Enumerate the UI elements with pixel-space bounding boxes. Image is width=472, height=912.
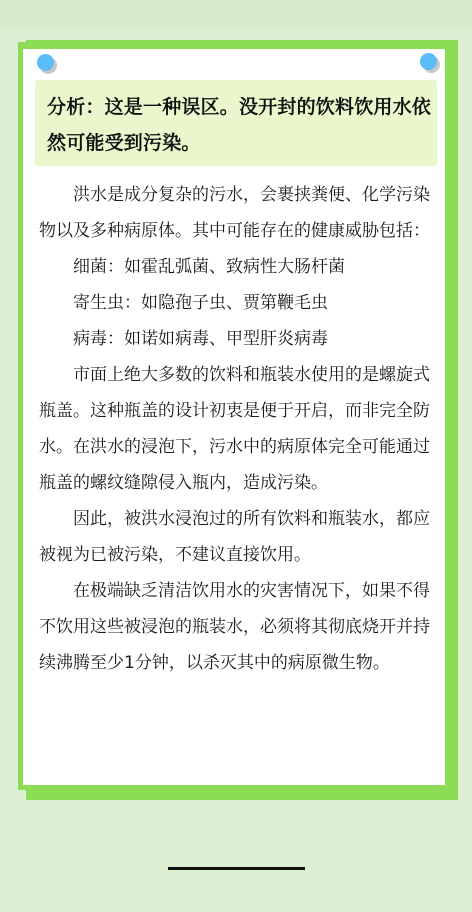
paragraph: 市面上绝大多数的饮料和瓶装水使用的是螺旋式瓶盖。这种瓶盖的设计初衷是便于开启，而… — [39, 357, 435, 501]
analysis-highlight: 分析：这是一种误区。没开封的饮料饮用水依然可能受到污染。 — [35, 80, 437, 166]
divider-line — [168, 867, 305, 870]
paragraph: 洪水是成分复杂的污水，会裹挟粪便、化学污染物以及多种病原体。其中可能存在的健康威… — [39, 177, 435, 249]
threat-item: 病毒：如诺如病毒、甲型肝炎病毒 — [39, 321, 435, 357]
paragraph: 因此，被洪水浸泡过的所有饮料和瓶装水，都应被视为已被污染，不建议直接饮用。 — [39, 501, 435, 573]
pin-icon — [420, 53, 437, 70]
threat-item: 寄生虫：如隐孢子虫、贾第鞭毛虫 — [39, 285, 435, 321]
threat-item: 细菌：如霍乱弧菌、致病性大肠杆菌 — [39, 249, 435, 285]
background-band — [0, 0, 472, 30]
pin-icon — [37, 54, 54, 71]
analysis-text: 分析：这是一种误区。没开封的饮料饮用水依然可能受到污染。 — [35, 80, 437, 161]
paragraph: 在极端缺乏清洁饮用水的灾害情况下，如果不得不饮用这些被浸泡的瓶装水，必须将其彻底… — [39, 573, 435, 681]
article-body: 洪水是成分复杂的污水，会裹挟粪便、化学污染物以及多种病原体。其中可能存在的健康威… — [39, 177, 435, 681]
article-card: 分析：这是一种误区。没开封的饮料饮用水依然可能受到污染。 洪水是成分复杂的污水，… — [18, 42, 450, 790]
